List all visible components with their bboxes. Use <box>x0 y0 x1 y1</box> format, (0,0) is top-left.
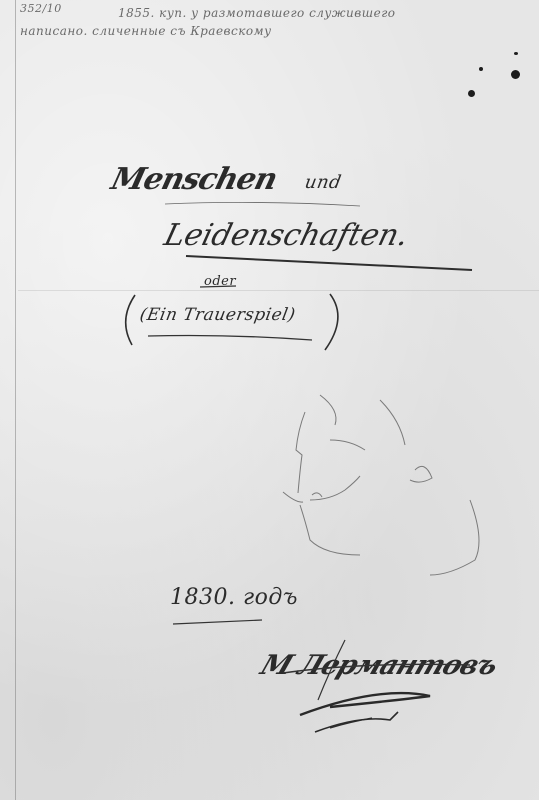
ink-strokes <box>0 0 539 800</box>
manuscript-page: 352/10 1855. куп. у размотавшего служивш… <box>0 0 539 800</box>
face-sketch <box>283 395 479 575</box>
